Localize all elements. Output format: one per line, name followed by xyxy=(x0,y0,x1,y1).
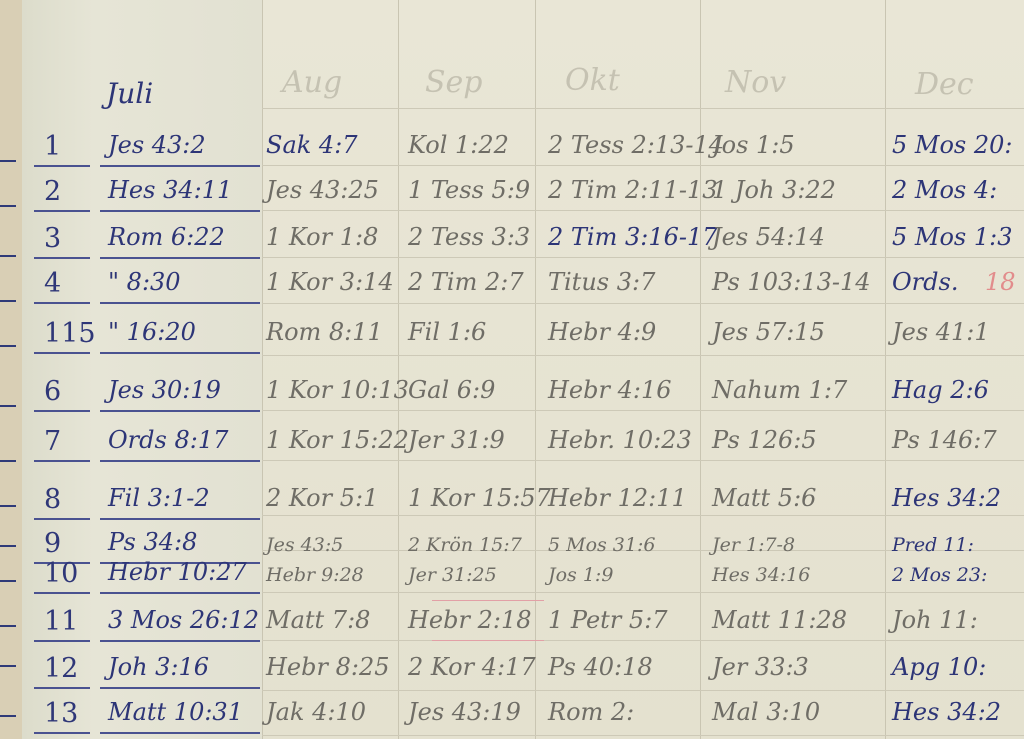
day-number: 9 xyxy=(44,530,61,557)
reading-nov: 1 Joh 3:22 xyxy=(712,178,836,202)
day-number: 11 xyxy=(44,608,78,635)
row-rule xyxy=(262,690,1024,691)
reading-nov: Ps 103:13-14 xyxy=(712,270,871,294)
binding-strip xyxy=(0,0,23,739)
reading-nov: Mal 3:10 xyxy=(712,700,820,724)
reading-sep: 2 Tess 3:3 xyxy=(408,225,530,249)
reading-aug: Jes 43:5 xyxy=(266,536,343,555)
month-header-juli: Juli xyxy=(106,80,153,108)
reading-sep: Jes 43:19 xyxy=(408,700,521,724)
day-number: 4 xyxy=(44,270,61,297)
row-rule xyxy=(262,460,1024,461)
reading-juli: Fil 3:1-2 xyxy=(108,486,210,510)
day-number: 8 xyxy=(44,486,61,513)
reading-aug: 1 Kor 15:22 xyxy=(266,428,409,452)
reading-dec: Hes 34:2 xyxy=(892,486,1001,510)
reading-nov: Jer 1:7-8 xyxy=(712,536,795,555)
day-number: 115 xyxy=(44,320,96,347)
reading-aug: 1 Kor 10:13 xyxy=(266,378,409,402)
reading-sep: Hebr 2:18 xyxy=(408,608,532,632)
reading-okt: Hebr 4:16 xyxy=(548,378,672,402)
reading-sep: Jer 31:9 xyxy=(408,428,505,452)
reading-aug: Sak 4:7 xyxy=(266,133,358,157)
reading-aug: Hebr 8:25 xyxy=(266,655,390,679)
row-rule xyxy=(262,210,1024,211)
reading-nov: Matt 5:6 xyxy=(712,486,816,510)
reading-sep: Gal 6:9 xyxy=(408,378,495,402)
reading-nov: Hes 34:16 xyxy=(712,566,810,585)
reading-aug: 2 Kor 5:1 xyxy=(266,486,378,510)
day-number: 12 xyxy=(44,655,78,682)
reading-sep: 2 Krön 15:7 xyxy=(408,536,522,555)
reading-juli: Jes 43:2 xyxy=(108,133,206,157)
column-divider xyxy=(535,0,536,739)
reading-juli: Rom 6:22 xyxy=(108,225,225,249)
day-number: 6 xyxy=(44,378,61,405)
reading-dec: 2 Mos 4: xyxy=(892,178,997,202)
reading-okt: 2 Tim 2:11-13 xyxy=(548,178,718,202)
column-divider xyxy=(262,0,263,739)
reading-nov: Ps 126:5 xyxy=(712,428,817,452)
reading-dec: 5 Mos 1:3 xyxy=(892,225,1013,249)
reading-aug: Jes 43:25 xyxy=(266,178,379,202)
reading-okt: Hebr. 10:23 xyxy=(548,428,692,452)
reading-dec: Hag 2:6 xyxy=(892,378,989,402)
reading-okt: Ps 40:18 xyxy=(548,655,653,679)
row-rule xyxy=(262,515,1024,516)
reading-dec: Apg 10: xyxy=(892,655,986,679)
row-rule xyxy=(262,592,1024,593)
reading-aug: Jak 4:10 xyxy=(266,700,366,724)
reading-aug: Rom 8:11 xyxy=(266,320,383,344)
month-header-sep: Sep xyxy=(425,68,483,98)
reading-nov: Matt 11:28 xyxy=(712,608,847,632)
reading-juli: Matt 10:31 xyxy=(108,700,243,724)
reading-aug: 1 Kor 3:14 xyxy=(266,270,394,294)
reading-dec: 5 Mos 20: xyxy=(892,133,1013,157)
row-rule xyxy=(262,165,1024,166)
reading-nov: Jos 1:5 xyxy=(712,133,795,157)
reading-okt: Titus 3:7 xyxy=(548,270,655,294)
reading-okt: Hebr 12:11 xyxy=(548,486,687,510)
reading-nov: Nahum 1:7 xyxy=(712,378,847,402)
reading-sep: 2 Tim 2:7 xyxy=(408,270,524,294)
reading-dec: Hes 34:2 xyxy=(892,700,1001,724)
reading-juli: Ords 8:17 xyxy=(108,428,228,452)
reading-okt: 1 Petr 5:7 xyxy=(548,608,668,632)
reading-nov: Jes 54:14 xyxy=(712,225,825,249)
reading-juli: Hebr 10:27 xyxy=(108,560,247,584)
day-number: 3 xyxy=(44,225,61,252)
reading-aug: Matt 7:8 xyxy=(266,608,370,632)
reading-juli: 3 Mos 26:12 xyxy=(108,608,259,632)
month-header-okt: Okt xyxy=(565,66,620,96)
day-number: 7 xyxy=(44,428,61,455)
reading-juli: Jes 30:19 xyxy=(108,378,221,402)
row-rule xyxy=(262,355,1024,356)
reading-juli: " 16:20 xyxy=(108,320,196,344)
reading-aug: Hebr 9:28 xyxy=(266,566,364,585)
day-number: 2 xyxy=(44,178,61,205)
reading-okt: Rom 2: xyxy=(548,700,634,724)
reading-juli: Hes 34:11 xyxy=(108,178,232,202)
column-divider xyxy=(885,0,886,739)
reading-sep: 1 Tess 5:9 xyxy=(408,178,530,202)
reading-okt: Hebr 4:9 xyxy=(548,320,656,344)
day-number: 1 xyxy=(44,133,61,160)
reading-aug: 1 Kor 1:8 xyxy=(266,225,378,249)
row-rule xyxy=(262,108,1024,109)
reading-dec: 2 Mos 23: xyxy=(892,566,987,585)
day-number: 10 xyxy=(44,560,78,587)
reading-juli: " 8:30 xyxy=(108,270,181,294)
month-header-aug: Aug xyxy=(282,68,342,98)
day-number: 13 xyxy=(44,700,78,727)
reading-okt: 2 Tess 2:13-14 xyxy=(548,133,724,157)
reading-sep: Fil 1:6 xyxy=(408,320,486,344)
reading-dec: Joh 11: xyxy=(892,608,978,632)
reading-sep: 2 Kor 4:17 xyxy=(408,655,536,679)
column-divider xyxy=(398,0,399,739)
row-rule xyxy=(262,410,1024,411)
month-header-nov: Nov xyxy=(725,68,786,98)
reading-okt: 2 Tim 3:16-17 xyxy=(548,225,718,249)
row-rule xyxy=(262,303,1024,304)
reading-juli: Ps 34:8 xyxy=(108,530,197,554)
reading-dec: Ords. xyxy=(892,270,958,294)
reading-nov: Jes 57:15 xyxy=(712,320,825,344)
row-rule xyxy=(262,735,1024,736)
reading-sep: Jer 31:25 xyxy=(408,566,497,585)
red-annotation: 18 xyxy=(985,270,1016,294)
reading-juli: Joh 3:16 xyxy=(108,655,209,679)
reading-okt: Jos 1:9 xyxy=(548,566,613,585)
row-rule xyxy=(262,257,1024,258)
reading-dec: Pred 11: xyxy=(892,536,974,555)
month-header-dec: Dec xyxy=(915,70,974,100)
reading-sep: 1 Kor 15:57 xyxy=(408,486,551,510)
reading-nov: Jer 33:3 xyxy=(712,655,809,679)
reading-okt: 5 Mos 31:6 xyxy=(548,536,655,555)
reading-dec: Jes 41:1 xyxy=(892,320,990,344)
column-divider xyxy=(700,0,701,739)
reading-dec: Ps 146:7 xyxy=(892,428,997,452)
row-rule xyxy=(262,640,1024,641)
reading-sep: Kol 1:22 xyxy=(408,133,509,157)
